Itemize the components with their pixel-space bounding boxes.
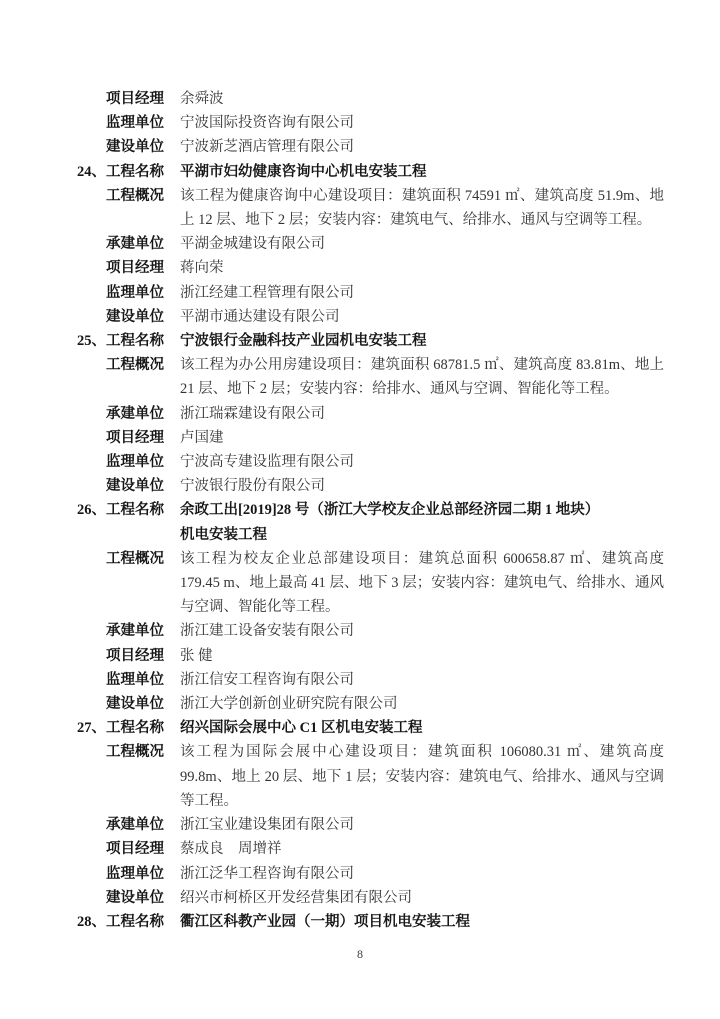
field-value: 浙江大学创新创业研究院有限公司 — [180, 692, 664, 716]
field-row: 监理单位 浙江信安工程咨询有限公司 — [0, 668, 720, 692]
field-value: 卢国建 — [180, 426, 664, 450]
project-name-row: 24、 工程名称 平湖市妇幼健康咨询中心机电安装工程 — [0, 160, 720, 184]
field-label: 工程概况 — [106, 353, 180, 377]
item-number: 27、 — [0, 716, 106, 740]
field-value: 绍兴市柯桥区开发经营集团有限公司 — [180, 886, 664, 910]
field-value: 宁波高专建设监理有限公司 — [180, 450, 664, 474]
field-row: 监理单位 宁波高专建设监理有限公司 — [0, 450, 720, 474]
field-row: 建设单位 宁波银行股份有限公司 — [0, 474, 720, 498]
field-row: 项目经理 卢国建 — [0, 426, 720, 450]
field-value: 张 健 — [180, 644, 664, 668]
project-name: 余政工出[2019]28 号（浙江大学校友企业总部经济园二期 1 地块） 机电安… — [180, 498, 664, 546]
field-label: 建设单位 — [106, 305, 180, 329]
field-value: 平湖市通达建设有限公司 — [180, 305, 664, 329]
field-row: 承建单位 平湖金城建设有限公司 — [0, 232, 720, 256]
field-value: 余舜波 — [180, 87, 664, 111]
field-row: 项目经理 余舜波 — [0, 87, 720, 111]
page-number: 8 — [0, 947, 720, 962]
field-label: 工程概况 — [106, 740, 180, 764]
project-overview: 该工程为校友企业总部建设项目：建筑总面积 600658.87 ㎡、建筑高度 17… — [180, 547, 664, 620]
project-name: 宁波银行金融科技产业园机电安装工程 — [180, 329, 664, 353]
field-label: 项目经理 — [106, 87, 180, 111]
field-label: 工程名称 — [106, 160, 180, 184]
field-label: 工程名称 — [106, 329, 180, 353]
field-value: 宁波国际投资咨询有限公司 — [180, 111, 664, 135]
field-value: 浙江宝业建设集团有限公司 — [180, 813, 664, 837]
field-label: 建设单位 — [106, 692, 180, 716]
project-name-line1: 余政工出[2019]28 号（浙江大学校友企业总部经济园二期 1 地块） — [180, 498, 664, 522]
project-name: 衢江区科教产业园（一期）项目机电安装工程 — [180, 910, 664, 934]
field-label: 承建单位 — [106, 619, 180, 643]
project-name-row: 27、 工程名称 绍兴国际会展中心 C1 区机电安装工程 — [0, 716, 720, 740]
item-number: 24、 — [0, 160, 106, 184]
field-label: 项目经理 — [106, 426, 180, 450]
project-overview: 该工程为健康咨询中心建设项目：建筑面积 74591 ㎡、建筑高度 51.9m、地… — [180, 184, 664, 232]
project-overview-row: 工程概况 该工程为健康咨询中心建设项目：建筑面积 74591 ㎡、建筑高度 51… — [0, 184, 720, 232]
field-value: 浙江建工设备安装有限公司 — [180, 619, 664, 643]
field-row: 承建单位 浙江瑞霖建设有限公司 — [0, 402, 720, 426]
field-label: 项目经理 — [106, 837, 180, 861]
field-row: 项目经理 蒋向荣 — [0, 256, 720, 280]
field-label: 监理单位 — [106, 450, 180, 474]
field-row: 监理单位 宁波国际投资咨询有限公司 — [0, 111, 720, 135]
field-row: 监理单位 浙江泛华工程咨询有限公司 — [0, 862, 720, 886]
field-value: 浙江瑞霖建设有限公司 — [180, 402, 664, 426]
project-name-line2: 机电安装工程 — [180, 523, 664, 547]
field-label: 监理单位 — [106, 668, 180, 692]
field-row: 监理单位 浙江经建工程管理有限公司 — [0, 281, 720, 305]
project-name-row: 28、 工程名称 衢江区科教产业园（一期）项目机电安装工程 — [0, 910, 720, 934]
field-label: 项目经理 — [106, 644, 180, 668]
field-row: 建设单位 浙江大学创新创业研究院有限公司 — [0, 692, 720, 716]
field-row: 建设单位 平湖市通达建设有限公司 — [0, 305, 720, 329]
field-row: 承建单位 浙江宝业建设集团有限公司 — [0, 813, 720, 837]
field-value: 蒋向荣 — [180, 256, 664, 280]
field-label: 工程名称 — [106, 498, 180, 522]
project-overview: 该工程为办公用房建设项目：建筑面积 68781.5 ㎡、建筑高度 83.81m、… — [180, 353, 664, 401]
field-label: 建设单位 — [106, 135, 180, 159]
document-page: 项目经理 余舜波 监理单位 宁波国际投资咨询有限公司 建设单位 宁波新芝酒店管理… — [0, 0, 720, 934]
field-value: 宁波新芝酒店管理有限公司 — [180, 135, 664, 159]
field-value: 宁波银行股份有限公司 — [180, 474, 664, 498]
field-label: 监理单位 — [106, 862, 180, 886]
field-label: 监理单位 — [106, 111, 180, 135]
project-name-row: 25、 工程名称 宁波银行金融科技产业园机电安装工程 — [0, 329, 720, 353]
field-label: 工程概况 — [106, 547, 180, 571]
project-overview: 该工程为国际会展中心建设项目：建筑面积 106080.31 ㎡、建筑高度 99.… — [180, 740, 664, 813]
field-label: 工程概况 — [106, 184, 180, 208]
field-row: 建设单位 绍兴市柯桥区开发经营集团有限公司 — [0, 886, 720, 910]
field-value: 浙江信安工程咨询有限公司 — [180, 668, 664, 692]
item-number: 28、 — [0, 910, 106, 934]
field-row: 项目经理 蔡成良 周增祥 — [0, 837, 720, 861]
field-label: 工程名称 — [106, 910, 180, 934]
field-label: 建设单位 — [106, 886, 180, 910]
field-label: 工程名称 — [106, 716, 180, 740]
project-overview-row: 工程概况 该工程为国际会展中心建设项目：建筑面积 106080.31 ㎡、建筑高… — [0, 740, 720, 813]
field-label: 监理单位 — [106, 281, 180, 305]
item-number: 25、 — [0, 329, 106, 353]
field-value: 浙江泛华工程咨询有限公司 — [180, 862, 664, 886]
field-label: 承建单位 — [106, 402, 180, 426]
field-label: 项目经理 — [106, 256, 180, 280]
project-name: 平湖市妇幼健康咨询中心机电安装工程 — [180, 160, 664, 184]
field-label: 建设单位 — [106, 474, 180, 498]
field-value: 平湖金城建设有限公司 — [180, 232, 664, 256]
item-number: 26、 — [0, 498, 106, 522]
project-name: 绍兴国际会展中心 C1 区机电安装工程 — [180, 716, 664, 740]
field-value: 浙江经建工程管理有限公司 — [180, 281, 664, 305]
project-name-row: 26、 工程名称 余政工出[2019]28 号（浙江大学校友企业总部经济园二期 … — [0, 498, 720, 546]
field-row: 承建单位 浙江建工设备安装有限公司 — [0, 619, 720, 643]
field-row: 项目经理 张 健 — [0, 644, 720, 668]
field-label: 承建单位 — [106, 232, 180, 256]
field-label: 承建单位 — [106, 813, 180, 837]
project-overview-row: 工程概况 该工程为校友企业总部建设项目：建筑总面积 600658.87 ㎡、建筑… — [0, 547, 720, 620]
project-overview-row: 工程概况 该工程为办公用房建设项目：建筑面积 68781.5 ㎡、建筑高度 83… — [0, 353, 720, 401]
field-row: 建设单位 宁波新芝酒店管理有限公司 — [0, 135, 720, 159]
field-value: 蔡成良 周增祥 — [180, 837, 664, 861]
